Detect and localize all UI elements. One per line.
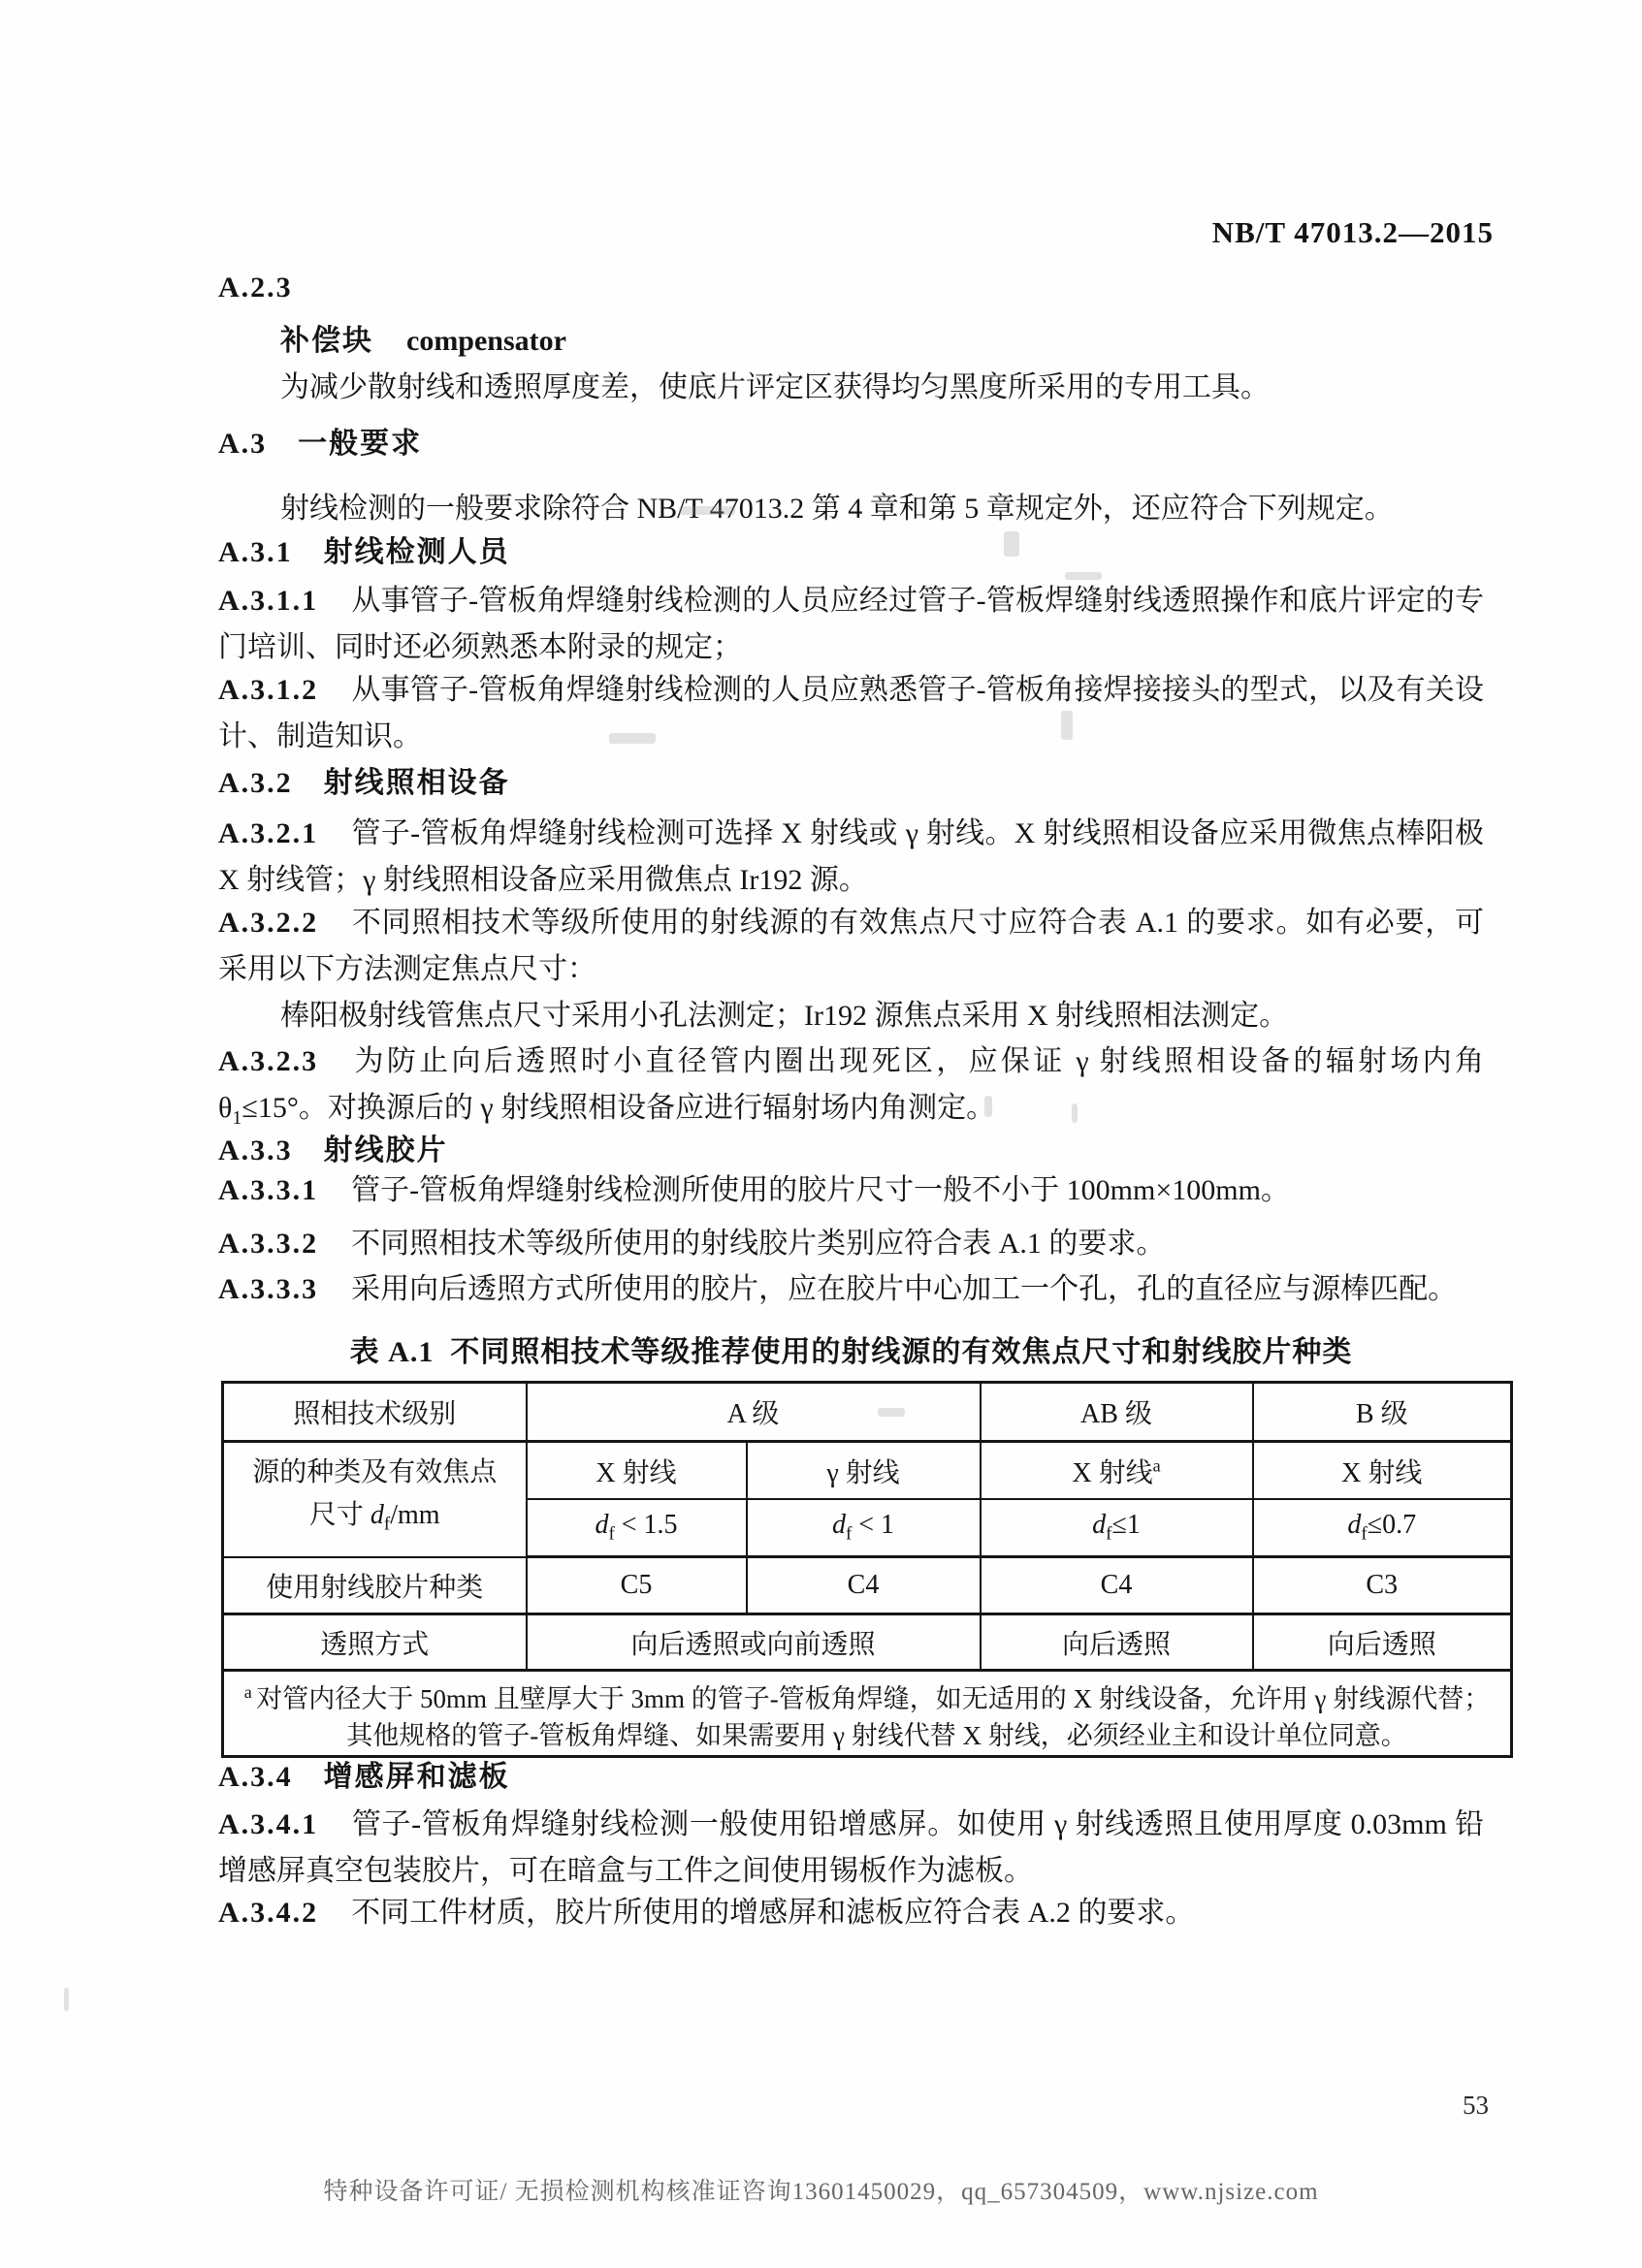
- scan-artifact: [1072, 1103, 1078, 1123]
- standard-number-header: NB/T 47013.2—2015: [1212, 215, 1494, 250]
- paragraph-a342: A.3.4.2不同工件材质，胶片所使用的增感屏和滤板应符合表 A.2 的要求。: [218, 1890, 1484, 1936]
- header-class-b: B 级: [1253, 1383, 1512, 1442]
- film-a-gamma: C4: [747, 1557, 981, 1614]
- paragraph-a312: A.3.1.2从事管子-管板角焊缝射线检测的人员应熟悉管子-管板角接焊接接头的型…: [218, 667, 1484, 760]
- table-footnote-row: a 对管内径大于 50mm 且壁厚大于 3mm 的管子-管板角焊缝，如无适用的 …: [223, 1671, 1512, 1757]
- section-a23-number: A.2.3: [218, 265, 1484, 311]
- section-a34-heading: A.3.4增感屏和滤板: [218, 1754, 1484, 1801]
- section-a32-heading: A.3.2射线照相设备: [218, 760, 1484, 807]
- focus-ab: df≤1: [981, 1499, 1253, 1557]
- film-a-x: C5: [527, 1557, 747, 1614]
- focus-b: df≤0.7: [1253, 1499, 1512, 1557]
- film-ab: C4: [981, 1557, 1253, 1614]
- term-definition: 为减少散射线和透照厚度差，使底片评定区获得均匀黑度所采用的专用工具。: [218, 365, 1484, 411]
- scan-artifact: [679, 506, 735, 515]
- header-class-ab: AB 级: [981, 1383, 1253, 1442]
- scan-artifact: [1065, 572, 1102, 580]
- film-b: C3: [1253, 1557, 1512, 1614]
- section-a3-intro: 射线检测的一般要求除符合 NB/T 47013.2 第 4 章和第 5 章规定外…: [218, 486, 1484, 532]
- paragraph-a311: A.3.1.1从事管子-管板角焊缝射线检测的人员应经过管子-管板焊缝射线透照操作…: [218, 578, 1484, 671]
- film-label: 使用射线胶片种类: [223, 1557, 527, 1614]
- source-a-x: X 射线: [527, 1442, 747, 1500]
- scan-artifact: [878, 1408, 905, 1417]
- table-source-type-row: 源的种类及有效焦点 尺寸 df/mm X 射线 γ 射线 X 射线a X 射线: [223, 1442, 1512, 1500]
- scan-artifact: [984, 1096, 992, 1117]
- table-film-row: 使用射线胶片种类 C5 C4 C4 C3: [223, 1557, 1512, 1614]
- scan-artifact: [609, 733, 656, 744]
- exposure-b: 向后透照: [1253, 1614, 1512, 1671]
- paragraph-a333: A.3.3.3采用向后透照方式所使用的胶片，应在胶片中心加工一个孔，孔的直径应与…: [218, 1266, 1484, 1313]
- paragraph-a322: A.3.2.2不同照相技术等级所使用的射线源的有效焦点尺寸应符合表 A.1 的要…: [218, 900, 1484, 993]
- header-tech-level: 照相技术级别: [223, 1383, 527, 1442]
- source-label-cell: 源的种类及有效焦点 尺寸 df/mm: [223, 1442, 527, 1557]
- scan-artifact: [1061, 711, 1073, 740]
- footer-stamp-text: 特种设备许可证/ 无损检测机构核准证咨询13601450029，qq_65730…: [0, 2172, 1642, 2207]
- paragraph-a332: A.3.3.2不同照相技术等级所使用的射线胶片类别应符合表 A.1 的要求。: [218, 1221, 1484, 1267]
- focus-a-x: df < 1.5: [527, 1499, 747, 1557]
- table-header-row: 照相技术级别 A 级 AB 级 B 级: [223, 1383, 1512, 1442]
- scan-artifact: [1004, 531, 1019, 557]
- source-ab-x: X 射线a: [981, 1442, 1253, 1500]
- paragraph-a323: A.3.2.3为防止向后透照时小直径管内圈出现死区，应保证 γ 射线照相设备的辐…: [218, 1038, 1484, 1141]
- source-a-gamma: γ 射线: [747, 1442, 981, 1500]
- section-a31-heading: A.3.1射线检测人员: [218, 529, 1484, 576]
- header-class-a: A 级: [527, 1383, 981, 1442]
- paragraph-a341: A.3.4.1管子-管板角焊缝射线检测一般使用铅增感屏。如使用 γ 射线透照且使…: [218, 1802, 1484, 1895]
- section-a3-heading: A.3一般要求: [218, 421, 1484, 467]
- paragraph-a331: A.3.3.1管子-管板角焊缝射线检测所使用的胶片尺寸一般不小于 100mm×1…: [218, 1167, 1484, 1214]
- source-b-x: X 射线: [1253, 1442, 1512, 1500]
- table-exposure-row: 透照方式 向后透照或向前透照 向后透照 向后透照: [223, 1614, 1512, 1671]
- table-footnote: a 对管内径大于 50mm 且壁厚大于 3mm 的管子-管板角焊缝，如无适用的 …: [223, 1671, 1512, 1757]
- page-number: 53: [1463, 2091, 1489, 2121]
- exposure-a: 向后透照或向前透照: [527, 1614, 981, 1671]
- exposure-label: 透照方式: [223, 1614, 527, 1671]
- table-a1: 照相技术级别 A 级 AB 级 B 级 源的种类及有效焦点 尺寸 df/mm X…: [221, 1381, 1510, 1758]
- table-a1-caption: 表 A.1 不同照相技术等级推荐使用的射线源的有效焦点尺寸和射线胶片种类: [218, 1327, 1484, 1370]
- scan-artifact: [64, 1988, 69, 2011]
- paragraph-a322-method: 棒阳极射线管焦点尺寸采用小孔法测定；Ir192 源焦点采用 X 射线照相法测定。: [218, 993, 1484, 1039]
- scanned-document-page: NB/T 47013.2—2015 A.2.3 补偿块compensator 为…: [0, 0, 1642, 2268]
- exposure-ab: 向后透照: [981, 1614, 1253, 1671]
- focus-a-gamma: df < 1: [747, 1499, 981, 1557]
- term-line: 补偿块compensator: [218, 318, 1484, 365]
- paragraph-a321: A.3.2.1管子-管板角焊缝射线检测可选择 X 射线或 γ 射线。X 射线照相…: [218, 811, 1484, 904]
